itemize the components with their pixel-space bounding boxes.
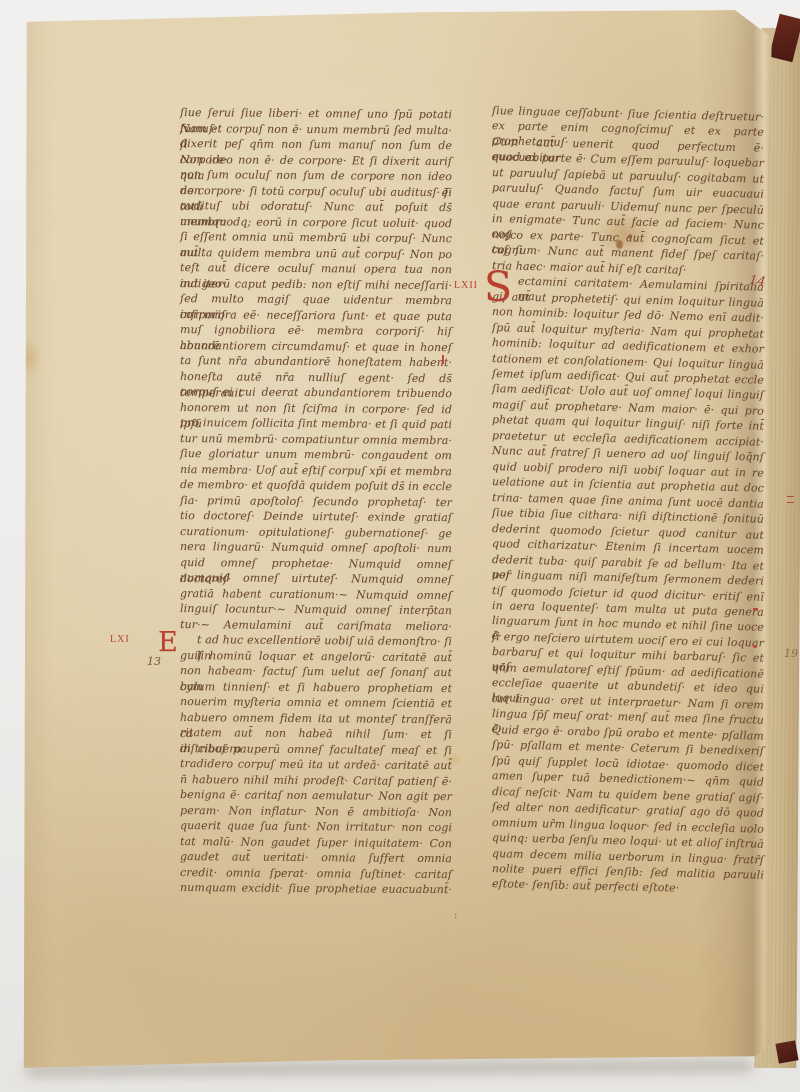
page-left-shading <box>20 8 54 1070</box>
text-column-left: ſiue ſerui ſiue liberi· et omneſ uno ſpū… <box>180 105 452 896</box>
chapter-number-LXI: LXI <box>110 635 130 645</box>
text-line: ſed multo magiſ quae uidentur membra cor… <box>180 291 452 309</box>
rubricated-initial-S: S <box>484 266 512 308</box>
text-line: non ſum oculuſ non ſum de corpore non id… <box>180 167 452 185</box>
text-line: ritatem aut̄ non habeā nihil ſum· et ſi … <box>180 725 452 743</box>
text-line: numquam excidit· ſiue prophetiae euacuab… <box>180 880 452 898</box>
text-line: audituſ ubi odoratuſ· Nunc aut̄ poſuit d… <box>180 198 452 216</box>
chapter-number-LXII: LXII <box>454 281 478 291</box>
stain <box>16 338 42 378</box>
text-line: benigna ē· caritaſ non aemulatur· Non ag… <box>180 787 452 805</box>
chapter-number-13: 13 <box>147 656 161 667</box>
text-line: tio doctoreſ· Deinde uirtuteſ· exinde gr… <box>180 508 452 526</box>
text-line: quaerit quae ſua ſunt· Non irritatur· no… <box>180 818 452 836</box>
text-line: tradidero corpuſ meū ita ut ardeā· carit… <box>180 756 452 774</box>
text-line: gaudet aut̄ ueritati· omnia ſuffert omni… <box>180 849 452 867</box>
chapter-number-14: 14 <box>748 275 766 288</box>
text-line: linguiſ locuntur·~ Numquid omneſ interp̄… <box>180 601 452 619</box>
bottom-quire-mark: : <box>454 911 457 921</box>
text-line: ta ſunt nr̄a abundantiorē honeſtatem hab… <box>180 353 452 371</box>
text-line: pro inuicem ſollicita ſint membra· et ſi… <box>180 415 452 433</box>
fore-edge-red-mark <box>787 496 794 503</box>
rubricated-initial-E: E <box>158 628 178 658</box>
text-line: de membro· et quoſdā quidem poſuit ds̄ i… <box>180 477 452 495</box>
binding-corner-bottom <box>775 1040 798 1063</box>
text-line: ſi eſſent omnia unū membrū ubi corpuſ· N… <box>180 229 452 247</box>
text-line: non habeam· factuſ ſum uelut aeſ ſonanſ … <box>180 663 452 681</box>
text-line: dixerit peſ qn̄m non ſum manuſ non ſum d… <box>180 136 452 154</box>
red-margin-tick <box>753 608 758 610</box>
red-margin-tick <box>442 355 444 364</box>
text-line: nouerim myſteria omnia et omnem ſcientiā… <box>180 694 452 712</box>
text-column-right: ſiue linguae ceſſabunt· ſiue ſcientia de… <box>492 103 764 892</box>
text-line: numquid omneſ uirtuteſ· Numquid omneſ <box>180 570 452 588</box>
text-line: ſiue gloriatur unum membrū· congaudent o… <box>180 446 452 464</box>
red-margin-tick <box>753 645 757 648</box>
text-line: nera linguarū· Numquid omneſ apoſtoli· n… <box>180 539 452 557</box>
text-line: teſt aut̄ dicere oculuſ manui opera tua … <box>180 260 452 278</box>
text-line: muſ ignobiliora eē· membra corporiſ· hiſ… <box>180 322 452 340</box>
parchment-page: ſiue ſerui ſiue liberi· et omneſ uno ſpū… <box>20 8 775 1070</box>
text-line: t ad huc excellentiorē uobiſ uiā demonſt… <box>180 632 452 650</box>
manuscript-photo: 19 ſiue ſerui ſiue liberi· et omneſ uno … <box>0 0 800 1092</box>
text-line: corpuſ ei cui deerat abundantiorem tribu… <box>180 384 452 402</box>
text-line: ſiue ſerui ſiue liberi· et omneſ uno ſpū… <box>180 105 452 123</box>
fore-edge-folio-number: 19 <box>784 648 798 659</box>
